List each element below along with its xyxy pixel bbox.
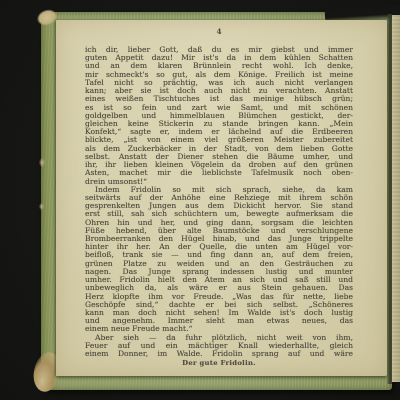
text-line: hinter ihr her. An der Quelle, die unten…: [85, 243, 353, 251]
opposite-page-edge: [392, 15, 400, 382]
text-line: eines weißen Tischtuches ist das meinige…: [85, 95, 353, 103]
text-line: Konfekt,“ sagte er, indem er lächelnd au…: [85, 128, 353, 136]
text-line: drein umsonst!“: [85, 178, 353, 186]
text-line: grünen Platze zu weiden und an den Gestr…: [85, 260, 353, 268]
text-line: einem neue Freude macht.“: [85, 325, 353, 333]
paragraph: Indem Fridolin so mit sich sprach, siehe…: [85, 186, 353, 334]
worn-spot-left: [39, 158, 45, 167]
text-line: kann; aber sie ist doch auch nicht zu ve…: [85, 87, 353, 95]
text-line: ich dir, lieber Gott, daß du es mir gieb…: [85, 46, 353, 54]
text-line: einem Donner, im Walde. Fridolin sprang …: [85, 350, 353, 358]
text-line: und an dem klaren Brünnlein recht wohl. …: [85, 62, 353, 70]
photo-background: 4 ich dir, lieber Gott, daß du es mir gi…: [0, 0, 400, 400]
text-line: guten Appetit dazu! Mir ist's da in dem …: [85, 54, 353, 62]
text-line: es ist so fein und zart wie Samt, und mi…: [85, 104, 353, 112]
text-line: erst still, sah sich schüchtern um, bewe…: [85, 210, 353, 218]
text-line: Indem Fridolin so mit sich sprach, siehe…: [85, 186, 353, 194]
text-block: ich dir, lieber Gott, daß du es mir gieb…: [85, 46, 353, 358]
text-line: Ästen, machet mir die lieblichste Tafelm…: [85, 169, 353, 177]
text-line: umher. Fridolin hielt den Atem an sich u…: [85, 276, 353, 284]
text-line: kann man doch nicht sehen! Im Walde ist'…: [85, 309, 353, 317]
text-line: Ohren hin und her, und ging dann, sorgsa…: [85, 219, 353, 227]
paragraph: ich dir, lieber Gott, daß du es mir gieb…: [85, 46, 353, 186]
text-line: ihr, ihr lieben kleinen Vögelein da drob…: [85, 161, 353, 169]
text-line: seitwärts auf der Anhöhe eine Rehziege m…: [85, 194, 353, 202]
text-line: Geschöpfe sind,“ dachte er bei sich selb…: [85, 301, 353, 309]
text-line: Aber sieh — da fuhr plötzlich, nicht wei…: [85, 334, 353, 342]
text-line: selbst. Anstatt der Diener stehen die Bä…: [85, 153, 353, 161]
text-line: Feuer auf und ein mächtiger Knall wieder…: [85, 342, 353, 350]
text-line: unbeweglich da, als wäre er aus Stein ge…: [85, 284, 353, 292]
text-line: Füße hebend, über alte Baumstöcke und ve…: [85, 227, 353, 235]
paragraph: Aber sieh — da fuhr plötzlich, nicht wei…: [85, 334, 353, 359]
text-line: Tafel nicht so prächtig, was ich auch ni…: [85, 79, 353, 87]
text-line: beifloß, trank sie — und fing dann an, a…: [85, 251, 353, 259]
text-line: Brombeerranken den Hügel hinab, und das …: [85, 235, 353, 243]
text-line: und angenehm. Immer sieht man etwas neue…: [85, 317, 353, 325]
text-line: Herz klopfte ihm vor Freude. „Was das fü…: [85, 293, 353, 301]
text-line: mir schmeckt's so gut, als dem Könige. F…: [85, 71, 353, 79]
page-number: 4: [85, 28, 353, 36]
text-line: goldgelben und himmelblauen Blümchen ges…: [85, 112, 353, 120]
text-line: blickte, „ist von einem viel größeren Me…: [85, 136, 353, 144]
text-line: gleichen keine Stickerin zu stande bring…: [85, 120, 353, 128]
text-line: gesprenkelten Jungen aus dem Dickicht he…: [85, 202, 353, 210]
text-line: als dem Zuckerbäcker in der Stadt, von d…: [85, 145, 353, 153]
text-line: nagen. Das Junge sprang indessen lustig …: [85, 268, 353, 276]
footer-title: Der gute Fridolin.: [85, 359, 353, 367]
worn-spot-left: [39, 203, 44, 210]
